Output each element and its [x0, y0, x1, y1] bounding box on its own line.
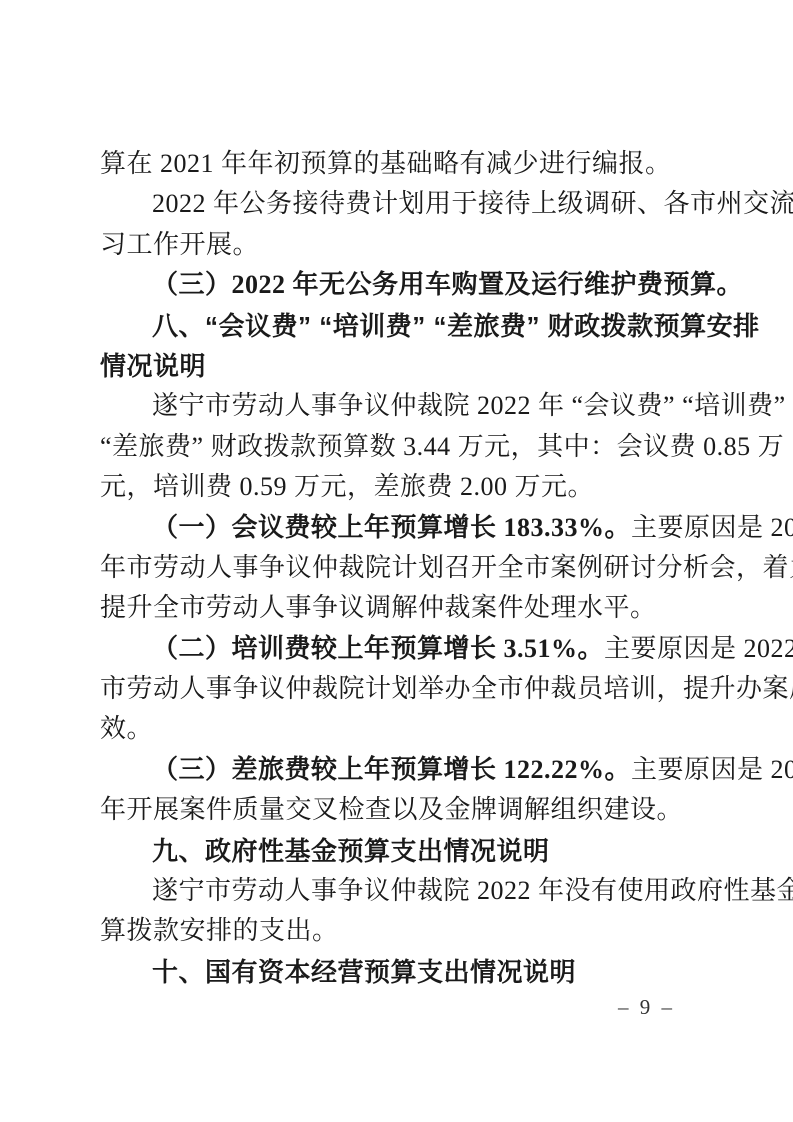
text-segment: 主要原因是 2022	[631, 755, 793, 784]
text-line: 市劳动人事争议仲裁院计划举办全市仲裁员培训，提升办案质	[100, 669, 693, 709]
text-segment: 年市劳动人事争议仲裁院计划召开全市案例研讨分析会，着力	[100, 553, 793, 582]
text-segment: （二）培训费较上年预算增长 3.51%。	[152, 634, 604, 663]
text-segment: （三）差旅费较上年预算增长 122.22%。	[152, 755, 631, 784]
text-segment: 情况说明	[100, 351, 206, 381]
text-segment: “差旅费” 财政拨款预算数 3.44 万元，其中：会议费 0.85 万	[100, 432, 784, 461]
text-line: （二）培训费较上年预算增长 3.51%。主要原因是 2022 年	[100, 629, 693, 669]
text-line: 年市劳动人事争议仲裁院计划召开全市案例研讨分析会，着力	[100, 548, 693, 588]
text-segment: 提升全市劳动人事争议调解仲裁案件处理水平。	[100, 593, 657, 622]
text-segment: 算拨款安排的支出。	[100, 916, 339, 945]
text-line: 八、“会议费” “培训费” “差旅费” 财政拨款预算安排	[100, 306, 693, 346]
text-segment: 主要原因是 2022	[631, 513, 793, 542]
text-line: 情况说明	[100, 346, 693, 386]
text-line: （一）会议费较上年预算增长 183.33%。主要原因是 2022	[100, 508, 693, 548]
document-page: 算在 2021 年年初预算的基础略有减少进行编报。2022 年公务接待费计划用于…	[0, 0, 793, 1122]
document-body: 算在 2021 年年初预算的基础略有减少进行编报。2022 年公务接待费计划用于…	[100, 144, 693, 992]
text-segment: 效。	[100, 714, 153, 743]
text-line: 提升全市劳动人事争议调解仲裁案件处理水平。	[100, 588, 693, 628]
text-line: 遂宁市劳动人事争议仲裁院 2022 年没有使用政府性基金预	[100, 871, 693, 911]
text-line: 习工作开展。	[100, 225, 693, 265]
text-segment: 遂宁市劳动人事争议仲裁院 2022 年没有使用政府性基金预	[152, 876, 793, 905]
text-line: 算拨款安排的支出。	[100, 911, 693, 951]
text-segment: 算在 2021 年年初预算的基础略有减少进行编报。	[100, 149, 672, 178]
text-segment: 遂宁市劳动人事争议仲裁院 2022 年 “会议费” “培训费”	[152, 391, 786, 420]
text-segment: 市劳动人事争议仲裁院计划举办全市仲裁员培训，提升办案质	[100, 674, 793, 703]
text-segment: 十、国有资本经营预算支出情况说明	[152, 957, 576, 987]
text-segment: 九、政府性基金预算支出情况说明	[152, 836, 550, 866]
text-line: “差旅费” 财政拨款预算数 3.44 万元，其中：会议费 0.85 万	[100, 427, 693, 467]
text-segment: 八、“会议费” “培训费” “差旅费” 财政拨款预算安排	[152, 311, 760, 341]
text-line: 遂宁市劳动人事争议仲裁院 2022 年 “会议费” “培训费”	[100, 386, 693, 426]
text-line: 效。	[100, 709, 693, 749]
text-line: 九、政府性基金预算支出情况说明	[100, 831, 693, 871]
text-segment: 主要原因是 2022 年	[604, 634, 793, 663]
text-line: 十、国有资本经营预算支出情况说明	[100, 952, 693, 992]
text-line: （三）2022 年无公务用车购置及运行维护费预算。	[100, 265, 693, 305]
text-segment: 年开展案件质量交叉检查以及金牌调解组织建设。	[100, 795, 683, 824]
text-segment: 元，培训费 0.59 万元，差旅费 2.00 万元。	[100, 472, 594, 501]
text-segment: （三）2022 年无公务用车购置及运行维护费预算。	[152, 270, 743, 299]
text-line: （三）差旅费较上年预算增长 122.22%。主要原因是 2022	[100, 750, 693, 790]
page-footer: – 9 –	[618, 994, 675, 1020]
text-segment: 2022 年公务接待费计划用于接待上级调研、各市州交流学	[152, 189, 793, 218]
text-line: 元，培训费 0.59 万元，差旅费 2.00 万元。	[100, 467, 693, 507]
text-segment: （一）会议费较上年预算增长 183.33%。	[152, 513, 631, 542]
text-line: 算在 2021 年年初预算的基础略有减少进行编报。	[100, 144, 693, 184]
text-line: 2022 年公务接待费计划用于接待上级调研、各市州交流学	[100, 184, 693, 224]
page-number: – 9 –	[618, 995, 675, 1019]
text-segment: 习工作开展。	[100, 230, 259, 259]
text-line: 年开展案件质量交叉检查以及金牌调解组织建设。	[100, 790, 693, 830]
